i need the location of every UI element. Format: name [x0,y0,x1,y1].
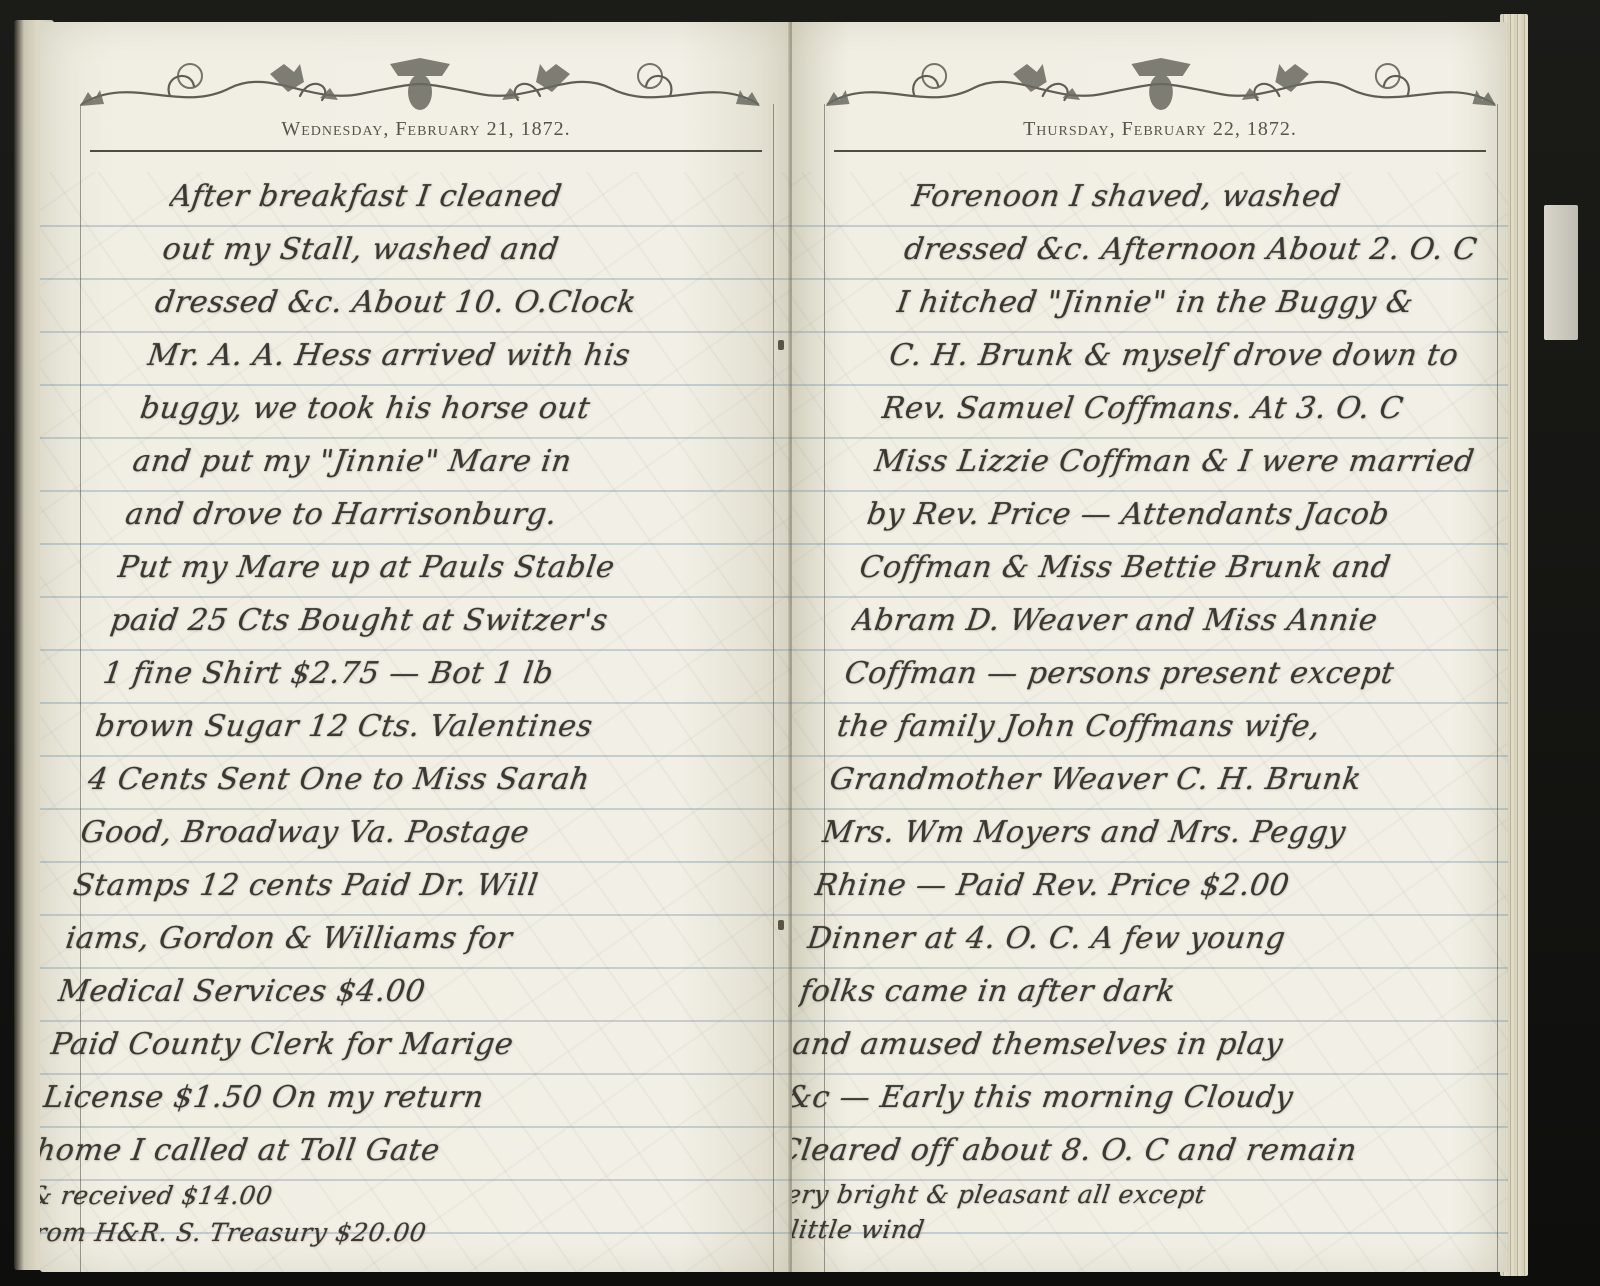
entry-line: C. H. Brunk & myself drove down to [886,329,1508,382]
date-heading: Thursday, February 22, 1872. [824,118,1496,141]
entry-line: Rhine — Paid Rev. Price $2.00 [811,859,1480,912]
entry-line: &c — Early this morning Cloudy [792,1071,1451,1124]
heading-rule [90,150,762,152]
entry-line: Paid County Clerk for Marige [47,1018,734,1071]
bookmark-tab [1544,205,1578,340]
entry-line: folks came in after dark [797,965,1466,1018]
entry-line: and amused themselves in play [792,1018,1459,1071]
diary-entry-text: Forenoon I shaved, washed dressed &c. Af… [792,170,1508,1247]
binding-stitch [778,920,784,930]
entry-line: Grandmother Weaver C. H. Brunk [826,753,1495,806]
entry-line: Good, Broadway Va. Postage [77,806,764,859]
entry-line: by Rev. Price — Attendants Jacob [864,488,1508,541]
diary-entry-text: After breakfast I cleaned out my Stall, … [40,170,792,1251]
left-page: Wednesday, February 21, 1872. After brea… [40,22,792,1272]
entry-line: Coffman — persons present except [841,647,1508,700]
entry-line: very bright & pleasant all except [792,1177,1436,1213]
entry-line: and put my "Jinnie" Mare in [129,435,792,488]
entry-line: brown Sugar 12 Cts. Valentines [92,700,779,753]
entry-line: Mr. A. A. Hess arrived with his [144,329,792,382]
entry-line: License $1.50 On my return [40,1071,727,1124]
right-page: Thursday, February 22, 1872. Forenoon I … [792,22,1508,1272]
entry-line: Cleared off about 8. O. C and remain [792,1124,1444,1177]
binding-stitch [778,340,784,350]
entry-line: buggy, we took his horse out [137,382,792,435]
entry-line: dressed &c. About 10. O.Clock [152,276,792,329]
diary-spread: Wednesday, February 21, 1872. After brea… [0,0,1600,1286]
entry-line: Mrs. Wm Moyers and Mrs. Peggy [819,806,1488,859]
entry-line: the family John Coffmans wife, [834,700,1503,753]
grapevine-scroll-ornament-icon [816,54,1506,114]
entry-line: Medical Services $4.00 [55,965,742,1018]
entry-line: 4 Cents Sent One to Miss Sarah [85,753,772,806]
entry-line: a little wind [792,1213,1431,1247]
entry-line: Rev. Samuel Coffmans. At 3. O. C [878,382,1508,435]
entry-line: After breakfast I cleaned [167,170,792,223]
grapevine-scroll-ornament-icon [70,54,770,114]
entry-line: dressed &c. Afternoon About 2. O. C [901,223,1508,276]
entry-line: Coffman & Miss Bettie Brunk and [856,541,1508,594]
date-heading: Wednesday, February 21, 1872. [80,118,772,141]
heading-rule [834,150,1486,152]
entry-line: and drove to Harrisonburg. [122,488,792,541]
entry-line: Stamps 12 cents Paid Dr. Will [70,859,757,912]
entry-line: out my Stall, washed and [159,223,792,276]
entry-line: Abram D. Weaver and Miss Annie [849,594,1508,647]
entry-line: home I called at Toll Gate [40,1124,720,1177]
entry-line: Forenoon I shaved, washed [908,170,1508,223]
entry-line: iams, Gordon & Williams for [62,912,749,965]
entry-line: Dinner at 4. O. C. A few young [804,912,1473,965]
entry-line: Miss Lizzie Coffman & I were married [871,435,1508,488]
entry-line: I hitched "Jinnie" in the Buggy & [893,276,1508,329]
entry-line: from H&R. S. Treasury $20.00 [40,1215,707,1251]
entry-line: Put my Mare up at Pauls Stable [114,541,792,594]
entry-line: 1 fine Shirt $2.75 — Bot 1 lb [99,647,786,700]
entry-line: paid 25 Cts Bought at Switzer's [107,594,792,647]
entry-line: & received $14.00 [40,1177,712,1215]
